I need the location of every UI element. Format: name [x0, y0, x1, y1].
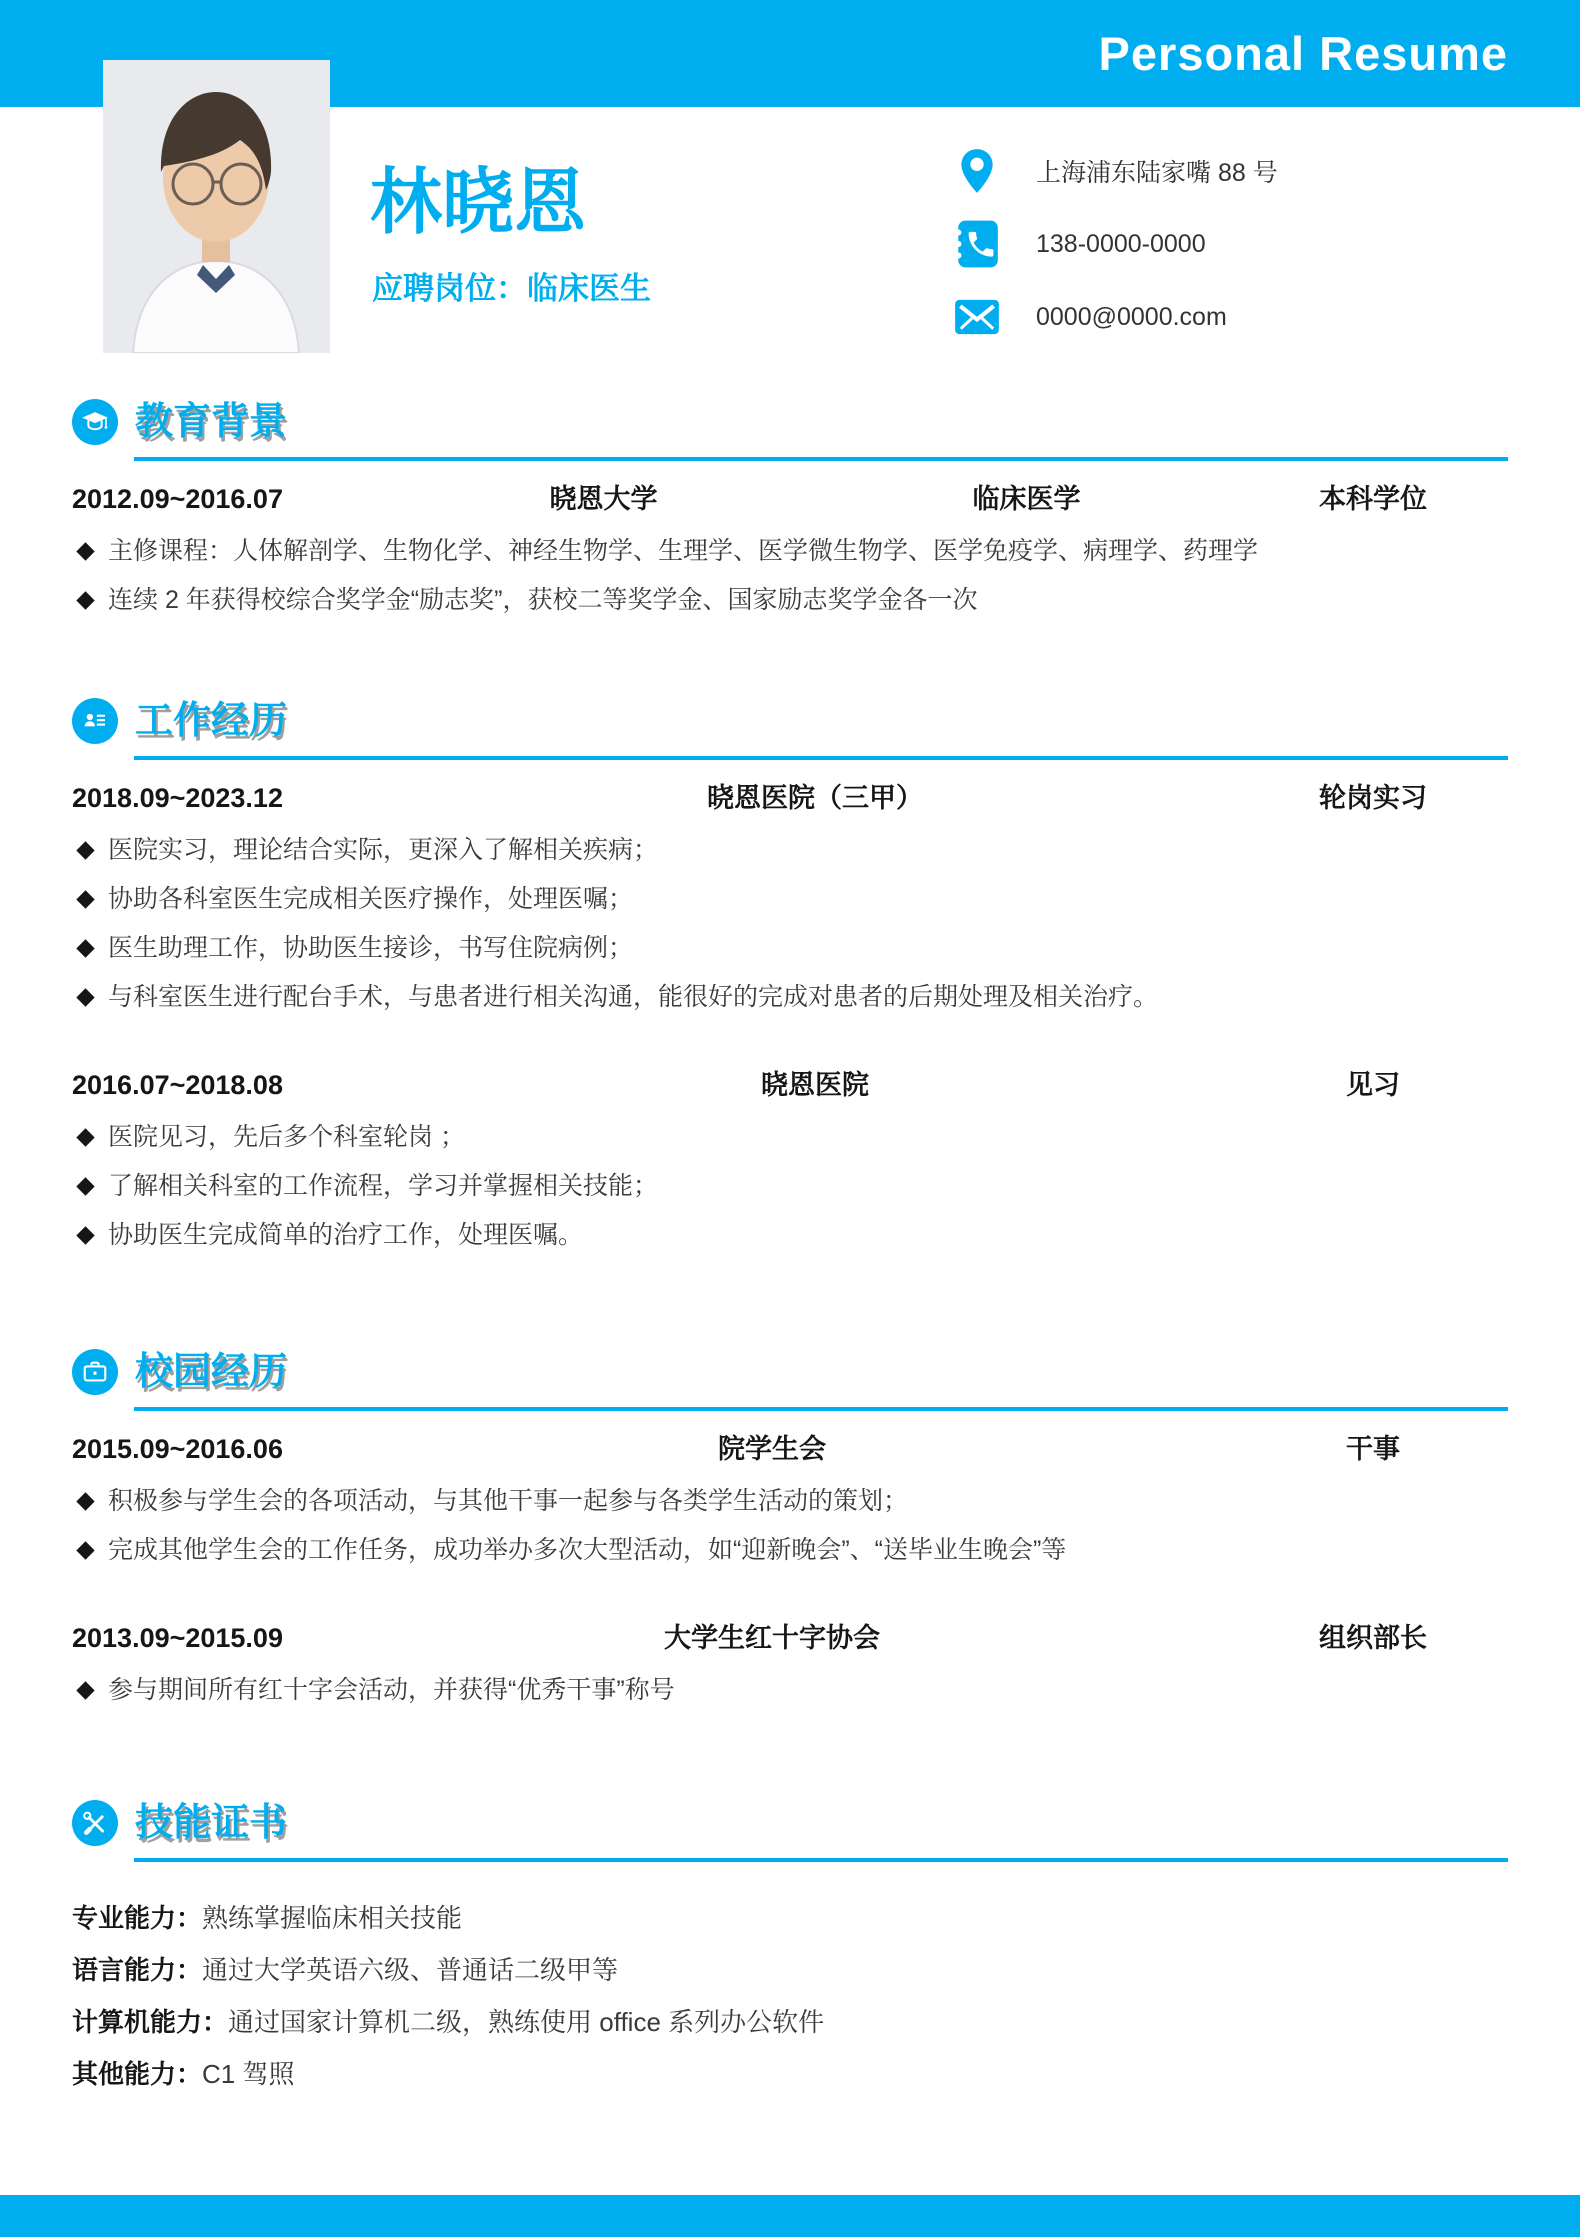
bullet-text: 主修课程：人体解剖学、生物化学、神经生物学、生理学、医学微生物学、医学免疫学、病… — [108, 533, 1258, 569]
entry-role: 轮岗实习 — [1238, 780, 1508, 816]
bullet-diamond-icon — [76, 1541, 94, 1559]
person-portrait-placeholder — [103, 60, 330, 353]
contact-block: 上海浦东陆家嘴 88 号 138-0000-0000 0000@0000.com — [952, 145, 1278, 343]
bullet-item: 完成其他学生会的工作任务，成功举办多次大型活动，如“迎新晚会”、“送毕业生晚会”… — [72, 1532, 1508, 1568]
entry-organization: 晓恩医院 — [392, 1067, 1238, 1103]
phone-icon — [952, 219, 1002, 269]
education-bullets: 主修课程：人体解剖学、生物化学、神经生物学、生理学、医学微生物学、医学免疫学、病… — [72, 533, 1508, 618]
bullet-text: 与科室医生进行配台手术，与患者进行相关沟通，能很好的完成对患者的后期处理及相关治… — [108, 979, 1158, 1015]
bullet-diamond-icon — [76, 988, 94, 1006]
bullet-diamond-icon — [76, 542, 94, 560]
section-campus: 校园经历 2015.09~2016.06 院学生会 干事 积极参与学生会的各项活… — [72, 1349, 1508, 1708]
bullet-text: 了解相关科室的工作流程，学习并掌握相关技能； — [108, 1168, 658, 1204]
bullet-item: 协助各科室医生完成相关医疗操作，处理医嘱； — [72, 881, 1508, 917]
work-entry-row: 2016.07~2018.08 晓恩医院 见习 — [72, 1067, 1508, 1103]
bullet-diamond-icon — [76, 1492, 94, 1510]
location-pin-icon — [952, 146, 1002, 196]
email-envelope-icon — [952, 292, 1002, 342]
campus-entry-row: 2013.09~2015.09 大学生红十字协会 组织部长 — [72, 1620, 1508, 1656]
resume-header: 林晓恩 应聘岗位：临床医生 上海浦东陆家嘴 88 号 138-0000-0000… — [0, 107, 1580, 399]
skill-label: 语言能力： — [72, 1955, 202, 1985]
bullet-diamond-icon — [76, 591, 94, 609]
briefcase-icon — [72, 1349, 118, 1395]
bullet-text: 积极参与学生会的各项活动，与其他干事一起参与各类学生活动的策划； — [108, 1483, 908, 1519]
bullet-text: 完成其他学生会的工作任务，成功举办多次大型活动，如“迎新晚会”、“送毕业生晚会”… — [108, 1532, 1066, 1568]
education-underline — [134, 457, 1508, 461]
campus-bullets-2: 参与期间所有红十字会活动，并获得“优秀干事”称号 — [72, 1672, 1508, 1708]
contact-phone-row: 138-0000-0000 — [952, 218, 1278, 270]
work-entry-row: 2018.09~2023.12 晓恩医院（三甲） 轮岗实习 — [72, 780, 1508, 816]
entry-role: 见习 — [1238, 1067, 1508, 1103]
bullet-item: 与科室医生进行配台手术，与患者进行相关沟通，能很好的完成对患者的后期处理及相关治… — [72, 979, 1508, 1015]
skills-underline — [134, 1858, 1508, 1862]
bullet-text: 协助医生完成简单的治疗工作，处理医嘱。 — [108, 1217, 583, 1253]
contact-email-row: 0000@0000.com — [952, 291, 1278, 343]
entry-major: 临床医学 — [815, 481, 1238, 517]
bullet-diamond-icon — [76, 841, 94, 859]
page-title: Personal Resume — [1099, 26, 1508, 81]
applied-position: 应聘岗位：临床医生 — [372, 272, 651, 306]
skill-label: 其他能力： — [72, 2059, 202, 2089]
contact-address-row: 上海浦东陆家嘴 88 号 — [952, 145, 1278, 197]
skills-title: 技能证书 — [135, 1804, 287, 1842]
footer-band — [0, 2195, 1580, 2237]
entry-role: 组织部长 — [1238, 1620, 1508, 1656]
bullet-item: 参与期间所有红十字会活动，并获得“优秀干事”称号 — [72, 1672, 1508, 1708]
entry-period: 2015.09~2016.06 — [72, 1431, 392, 1467]
skill-label: 专业能力： — [72, 1903, 202, 1933]
skill-item: 语言能力：通过大学英语六级、普通话二级甲等 — [72, 1952, 1508, 1988]
campus-entry-row: 2015.09~2016.06 院学生会 干事 — [72, 1431, 1508, 1467]
bullet-text: 连续 2 年获得校综合奖学金“励志奖”，获校二等奖学金、国家励志奖学金各一次 — [108, 582, 977, 618]
bullet-item: 医院实习，理论结合实际，更深入了解相关疾病； — [72, 832, 1508, 868]
email-text: 0000@0000.com — [1036, 303, 1227, 332]
bullet-item: 医院见习，先后多个科室轮岗 ； — [72, 1119, 1508, 1155]
bullet-item: 积极参与学生会的各项活动，与其他干事一起参与各类学生活动的策划； — [72, 1483, 1508, 1519]
bullet-item: 了解相关科室的工作流程，学习并掌握相关技能； — [72, 1168, 1508, 1204]
skill-text: C1 驾照 — [202, 2059, 294, 2089]
address-text: 上海浦东陆家嘴 88 号 — [1036, 153, 1278, 189]
entry-organization: 大学生红十字协会 — [392, 1620, 1152, 1656]
bullet-diamond-icon — [76, 939, 94, 957]
section-skills: 技能证书 专业能力：熟练掌握临床相关技能 语言能力：通过大学英语六级、普通话二级… — [72, 1800, 1508, 2092]
section-education: 教育背景 2012.09~2016.07 晓恩大学 临床医学 本科学位 主修课程… — [72, 399, 1508, 618]
skills-list: 专业能力：熟练掌握临床相关技能 语言能力：通过大学英语六级、普通话二级甲等 计算… — [72, 1900, 1508, 2092]
entry-organization: 晓恩医院（三甲） — [392, 780, 1238, 816]
campus-header: 校园经历 — [72, 1349, 1508, 1395]
skill-text: 通过国家计算机二级，熟练使用 office 系列办公软件 — [228, 2007, 824, 2037]
entry-organization: 院学生会 — [392, 1431, 1152, 1467]
bullet-text: 医院实习，理论结合实际，更深入了解相关疾病； — [108, 832, 658, 868]
work-bullets-2: 医院见习，先后多个科室轮岗 ； 了解相关科室的工作流程，学习并掌握相关技能； 协… — [72, 1119, 1508, 1253]
entry-period: 2012.09~2016.07 — [72, 481, 392, 517]
section-work: 工作经历 2018.09~2023.12 晓恩医院（三甲） 轮岗实习 医院实习，… — [72, 698, 1508, 1253]
person-card-icon — [72, 698, 118, 744]
education-entry-row: 2012.09~2016.07 晓恩大学 临床医学 本科学位 — [72, 481, 1508, 517]
entry-period: 2013.09~2015.09 — [72, 1620, 392, 1656]
skill-item: 其他能力：C1 驾照 — [72, 2056, 1508, 2092]
education-title: 教育背景 — [135, 403, 287, 441]
spacer — [1152, 1620, 1238, 1656]
candidate-name: 林晓恩 — [370, 167, 586, 239]
education-header: 教育背景 — [72, 399, 1508, 445]
tools-icon — [72, 1800, 118, 1846]
entry-role: 干事 — [1238, 1431, 1508, 1467]
work-title: 工作经历 — [135, 702, 287, 740]
skill-text: 通过大学英语六级、普通话二级甲等 — [202, 1955, 618, 1985]
spacer — [1152, 1431, 1238, 1467]
resume-body: 教育背景 2012.09~2016.07 晓恩大学 临床医学 本科学位 主修课程… — [0, 399, 1580, 2092]
entry-period: 2018.09~2023.12 — [72, 780, 392, 816]
work-underline — [134, 756, 1508, 760]
entry-degree: 本科学位 — [1238, 481, 1508, 517]
skills-header: 技能证书 — [72, 1800, 1508, 1846]
bullet-item: 连续 2 年获得校综合奖学金“励志奖”，获校二等奖学金、国家励志奖学金各一次 — [72, 582, 1508, 618]
campus-bullets-1: 积极参与学生会的各项活动，与其他干事一起参与各类学生活动的策划； 完成其他学生会… — [72, 1483, 1508, 1568]
skill-item: 计算机能力：通过国家计算机二级，熟练使用 office 系列办公软件 — [72, 2004, 1508, 2040]
skill-label: 计算机能力： — [72, 2007, 228, 2037]
work-header: 工作经历 — [72, 698, 1508, 744]
bullet-diamond-icon — [76, 1177, 94, 1195]
bullet-item: 主修课程：人体解剖学、生物化学、神经生物学、生理学、医学微生物学、医学免疫学、病… — [72, 533, 1508, 569]
skill-item: 专业能力：熟练掌握临床相关技能 — [72, 1900, 1508, 1936]
bullet-text: 协助各科室医生完成相关医疗操作，处理医嘱； — [108, 881, 633, 917]
campus-title: 校园经历 — [135, 1353, 287, 1391]
entry-period: 2016.07~2018.08 — [72, 1067, 392, 1103]
bullet-text: 医生助理工作，协助医生接诊，书写住院病例； — [108, 930, 633, 966]
phone-text: 138-0000-0000 — [1036, 230, 1206, 259]
skill-text: 熟练掌握临床相关技能 — [202, 1903, 462, 1933]
bullet-diamond-icon — [76, 1226, 94, 1244]
campus-underline — [134, 1407, 1508, 1411]
bullet-item: 协助医生完成简单的治疗工作，处理医嘱。 — [72, 1217, 1508, 1253]
work-bullets-1: 医院实习，理论结合实际，更深入了解相关疾病； 协助各科室医生完成相关医疗操作，处… — [72, 832, 1508, 1015]
entry-school: 晓恩大学 — [392, 481, 815, 517]
bullet-item: 医生助理工作，协助医生接诊，书写住院病例； — [72, 930, 1508, 966]
bullet-text: 参与期间所有红十字会活动，并获得“优秀干事”称号 — [108, 1672, 675, 1708]
graduation-cap-icon — [72, 399, 118, 445]
profile-photo — [103, 60, 330, 353]
bullet-diamond-icon — [76, 1681, 94, 1699]
bullet-text: 医院见习，先后多个科室轮岗 ； — [108, 1119, 465, 1155]
bullet-diamond-icon — [76, 1128, 94, 1146]
bullet-diamond-icon — [76, 890, 94, 908]
